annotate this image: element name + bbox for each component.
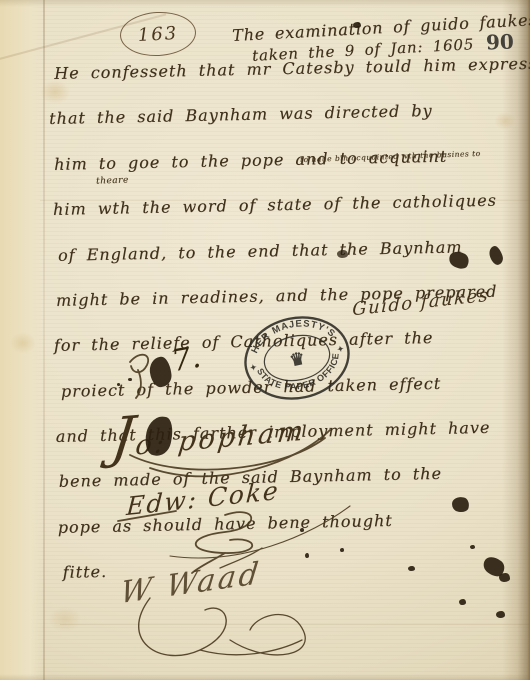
page-top-edge-shadow <box>0 0 530 7</box>
left-fold-strip <box>0 0 43 680</box>
folio-oval: 163 <box>119 10 197 58</box>
ink-speck <box>300 528 304 532</box>
ink-speck <box>128 378 132 381</box>
interlineation: theare <box>96 175 129 186</box>
star-icon: ✦ <box>249 363 258 373</box>
ink-speck <box>408 566 415 571</box>
manuscript-page: 163 90 The examination of guido faukes t… <box>0 0 530 680</box>
body-line: him wth the word of state of the catholi… <box>53 190 523 223</box>
ink-speck <box>305 553 309 558</box>
foxing-spot <box>48 606 82 632</box>
archive-number: 90 <box>486 30 515 55</box>
ink-speck <box>496 611 505 618</box>
ink-blot <box>353 22 361 28</box>
body-line: that the said Baynham was directed by <box>49 100 519 133</box>
waad-tail <box>200 640 302 655</box>
waad-loop <box>230 615 305 655</box>
paraph-mark: 7. <box>169 340 203 379</box>
page-bottom-edge-shadow <box>0 674 530 680</box>
ink-speck <box>340 548 344 552</box>
ink-speck <box>470 545 475 549</box>
ink-blot <box>337 250 348 258</box>
horizontal-crease <box>60 624 530 625</box>
paraph-curl <box>130 355 148 373</box>
ink-speck <box>117 383 120 386</box>
ink-speck <box>459 599 466 605</box>
star-icon: ✦ <box>336 344 345 354</box>
crown-icon: ♛ <box>288 349 307 371</box>
body-line: He confesseth that mr Catesby tould him … <box>54 54 524 87</box>
ink-blot <box>499 573 510 582</box>
folio-number: 163 <box>137 22 178 45</box>
vertical-crease <box>43 0 45 680</box>
